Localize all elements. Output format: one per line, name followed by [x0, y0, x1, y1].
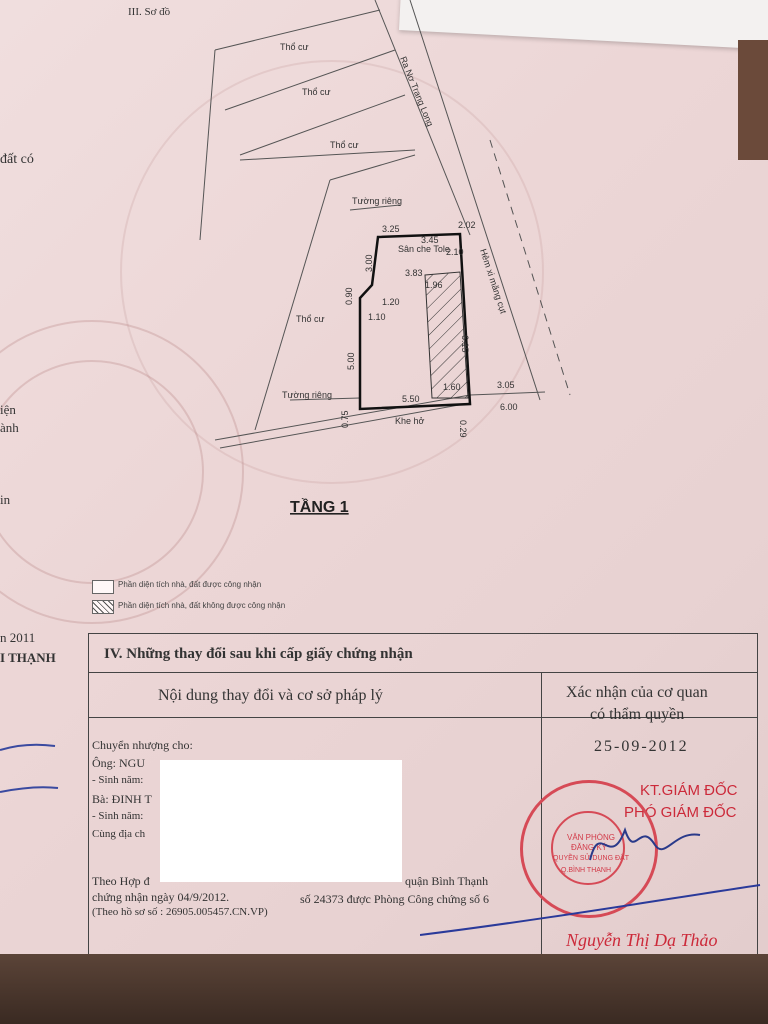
svg-text:Khe hở: Khe hở [395, 416, 425, 426]
svg-text:1.10: 1.10 [368, 312, 386, 322]
legend-swatch-plain [92, 580, 114, 594]
svg-text:Thổ cư: Thổ cư [280, 42, 309, 52]
svg-text:1.60: 1.60 [443, 382, 461, 392]
svg-text:Tường riêng: Tường riêng [282, 390, 332, 400]
svg-text:1.20: 1.20 [382, 297, 400, 307]
svg-text:3.45: 3.45 [421, 235, 439, 245]
svg-text:0.75: 0.75 [340, 410, 350, 428]
legend-label: Phần diện tích nhà, đất được công nhận [118, 580, 261, 589]
svg-text:5.00: 5.00 [346, 352, 356, 370]
svg-text:Thổ cư: Thổ cư [302, 87, 331, 97]
signer-title: KT.GIÁM ĐỐC [640, 782, 738, 799]
svg-text:Ra Nơ Trang Long: Ra Nơ Trang Long [398, 55, 435, 128]
svg-text:0.29: 0.29 [458, 420, 468, 438]
column-header-confirmation-2: có thẩm quyền [590, 706, 684, 724]
svg-text:1.96: 1.96 [425, 280, 443, 290]
svg-text:3.25: 3.25 [382, 224, 400, 234]
legend-swatch-hatched [92, 600, 114, 614]
redacted-area [160, 760, 402, 882]
entry-line: (Theo hồ sơ số : 26905.005457.CN.VP) [92, 906, 268, 918]
entry-line: Cùng địa ch [92, 828, 145, 840]
column-header-changes: Nội dung thay đổi và cơ sở pháp lý [158, 687, 383, 705]
svg-text:3.05: 3.05 [497, 380, 515, 390]
site-plan-diagram: Thổ cư Thổ cư Thổ cư Thổ cư Tường riêng … [0, 0, 768, 560]
entry-line: Ông: NGU [92, 756, 145, 771]
background-surface [0, 954, 768, 1024]
certificate-page: III. Sơ đồ đất có iện ành in n 2011 I TH… [0, 0, 768, 1024]
svg-text:Thổ cư: Thổ cư [296, 314, 325, 324]
confirmation-date: 25-09-2012 [594, 738, 689, 756]
signer-name: Nguyễn Thị Dạ Thảo [566, 930, 718, 951]
svg-text:0.90: 0.90 [344, 287, 354, 305]
entry-line: - Sinh năm: [92, 774, 143, 786]
left-edge-text: n 2011 [0, 630, 35, 646]
entry-line: Chuyển nhượng cho: [92, 738, 193, 753]
signature [580, 800, 720, 890]
legend-label: Phần diện tích nhà, đất không được công … [118, 601, 285, 610]
entry-line: Theo Hợp đ [92, 874, 150, 889]
svg-text:Sân che Tole: Sân che Tole [398, 244, 450, 254]
svg-text:2.10: 2.10 [446, 247, 464, 257]
svg-text:5.50: 5.50 [402, 394, 420, 404]
svg-text:Thổ cư: Thổ cư [330, 140, 359, 150]
svg-text:3.83: 3.83 [405, 268, 423, 278]
pen-stroke-left [0, 730, 60, 800]
svg-text:6.15: 6.15 [460, 335, 470, 353]
svg-text:2.02: 2.02 [458, 220, 476, 230]
svg-text:3.00: 3.00 [364, 254, 374, 272]
floor-label: TẦNG 1 [290, 497, 349, 516]
left-edge-text: I THẠNH [0, 650, 56, 666]
section4-title: IV. Những thay đổi sau khi cấp giấy chứn… [104, 646, 413, 663]
column-header-confirmation: Xác nhận của cơ quan [566, 684, 708, 702]
entry-line: Bà: ĐINH T [92, 792, 152, 807]
entry-line: chứng nhận ngày 04/9/2012. [92, 890, 229, 905]
entry-line: - Sinh năm: [92, 810, 143, 822]
svg-text:6.00: 6.00 [500, 402, 518, 412]
svg-text:Tường riêng: Tường riêng [352, 196, 402, 206]
